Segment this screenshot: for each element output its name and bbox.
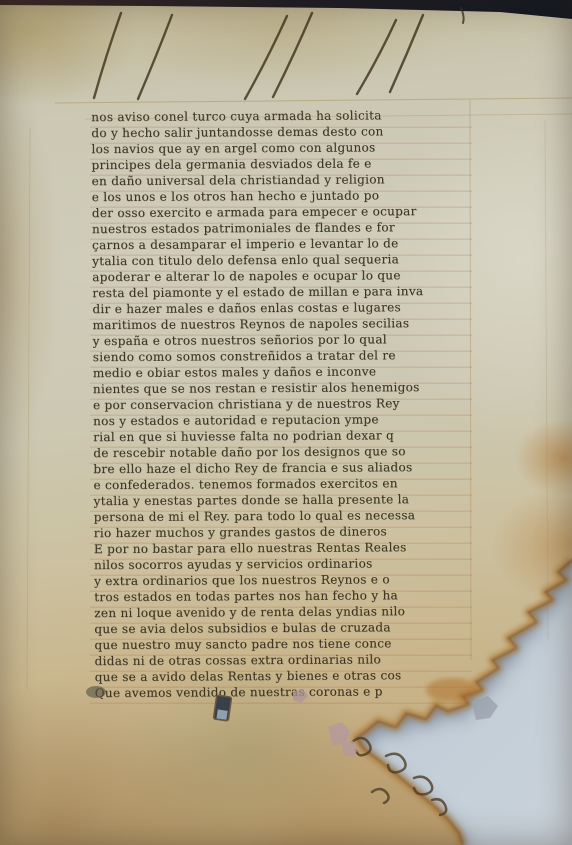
cancellation-slash xyxy=(357,20,396,94)
cancellation-slash xyxy=(138,15,172,99)
dark-nick xyxy=(86,686,106,698)
page-detail-overlay xyxy=(0,0,572,845)
cancellation-slashes xyxy=(94,8,464,99)
cancellation-slash xyxy=(390,15,423,92)
rust-blob xyxy=(426,678,478,702)
ruled-frame-lines xyxy=(27,98,572,690)
photo-of-manuscript: nos aviso conel turco cuya armada ha sol… xyxy=(0,0,572,845)
cancellation-slash xyxy=(273,13,312,97)
cancellation-slash xyxy=(245,16,287,99)
parchment-holes xyxy=(86,686,232,721)
tear-edge-stain xyxy=(356,560,572,845)
cancellation-slash xyxy=(94,13,121,98)
